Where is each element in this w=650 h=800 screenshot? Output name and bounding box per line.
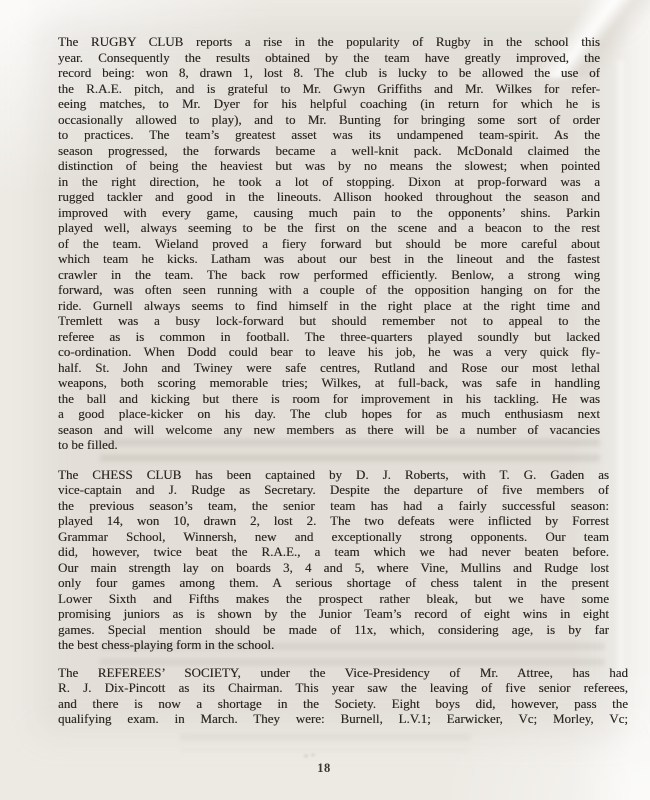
text-line: record being: won 8, drawn 1, lost 8. Th… <box>58 65 600 81</box>
text-line: Grammar School, Winnersh, new and except… <box>58 529 609 545</box>
page-number: 18 <box>0 761 648 776</box>
text-line: distinction of being the heaviest but wa… <box>58 158 600 174</box>
text-line: vice-captain and J. Rudge as Secretary. … <box>58 482 609 498</box>
text-line: of the team. Wieland proved a fiery forw… <box>58 236 600 252</box>
text-line: the best chess-playing form in the schoo… <box>58 637 609 653</box>
text-line: to be filled. <box>58 437 600 453</box>
text-line: and there is now a shortage in the Socie… <box>58 696 628 712</box>
text-line: improved with every game, causing much p… <box>58 205 600 221</box>
text-line: The REFEREES’ SOCIETY, under the Vice-Pr… <box>58 665 628 681</box>
text-line: R. J. Dix-Pincott as its Chairman. This … <box>58 680 628 696</box>
text-column: The RUGBY CLUB reports a rise in the pop… <box>58 34 628 727</box>
paragraph-chess-club: The CHESS CLUB has been captained by D. … <box>58 467 609 653</box>
text-line: referee as is common in football. The th… <box>58 329 600 345</box>
text-line: qualifying exam. in March. They were: Bu… <box>58 711 628 727</box>
text-line: Tremlett was a busy lock-forward but sho… <box>58 313 600 329</box>
text-line: games. Special mention should be made of… <box>58 622 609 638</box>
text-line: The CHESS CLUB has been captained by D. … <box>58 467 609 483</box>
text-line: weapons, both scoring memorable tries; W… <box>58 375 600 391</box>
ghost-text-smudge <box>180 734 470 751</box>
text-line: The RUGBY CLUB reports a rise in the pop… <box>58 34 600 50</box>
text-line: rugged tackler and good in the lineouts.… <box>58 189 600 205</box>
text-line: promising juniors as is shown by the Jun… <box>58 606 609 622</box>
text-line: in the right direction, he took a lot of… <box>58 174 600 190</box>
text-line: Our main strength lay on boards 3, 4 and… <box>58 560 609 576</box>
text-line: played well, always seeming to be the fi… <box>58 220 600 236</box>
text-line: half. St. John and Twiney were safe cent… <box>58 360 600 376</box>
text-line: co-ordination. When Dodd could bear to l… <box>58 344 600 360</box>
text-line: the previous season’s team, the senior t… <box>58 498 609 514</box>
text-line: which team he kicks. Latham was about ou… <box>58 251 600 267</box>
text-line: ride. Gurnell always seems to find himse… <box>58 298 600 314</box>
scanned-page: The RUGBY CLUB reports a rise in the pop… <box>0 0 650 800</box>
text-line: crawler in the team. The back row perfor… <box>58 267 600 283</box>
text-line: Lower Sixth and Fifths makes the prospec… <box>58 591 609 607</box>
text-line: to practices. The team’s greatest asset … <box>58 127 600 143</box>
text-line: the R.A.E. pitch, and is grateful to Mr.… <box>58 81 600 97</box>
text-line: occasionally allowed to play), and to Mr… <box>58 112 600 128</box>
text-line: season and will welcome any new members … <box>58 422 600 438</box>
text-line: eeing matches, to Mr. Dyer for his helpf… <box>58 96 600 112</box>
text-line: forward, was often seen running with a c… <box>58 282 600 298</box>
text-line: played 14, won 10, drawn 2, lost 2. The … <box>58 513 609 529</box>
text-line: only four games among them. A serious sh… <box>58 575 609 591</box>
paragraph-referees-society: The REFEREES’ SOCIETY, under the Vice-Pr… <box>58 665 628 727</box>
text-line: did, however, twice beat the R.A.E., a t… <box>58 544 609 560</box>
text-line: year. Consequently the results obtained … <box>58 50 600 66</box>
text-line: a good place-kicker on his day. The club… <box>58 406 600 422</box>
text-line: the ball and kicking but there is room f… <box>58 391 600 407</box>
text-line: season progressed, the forwards became a… <box>58 143 600 159</box>
paragraph-rugby-club: The RUGBY CLUB reports a rise in the pop… <box>58 34 600 453</box>
